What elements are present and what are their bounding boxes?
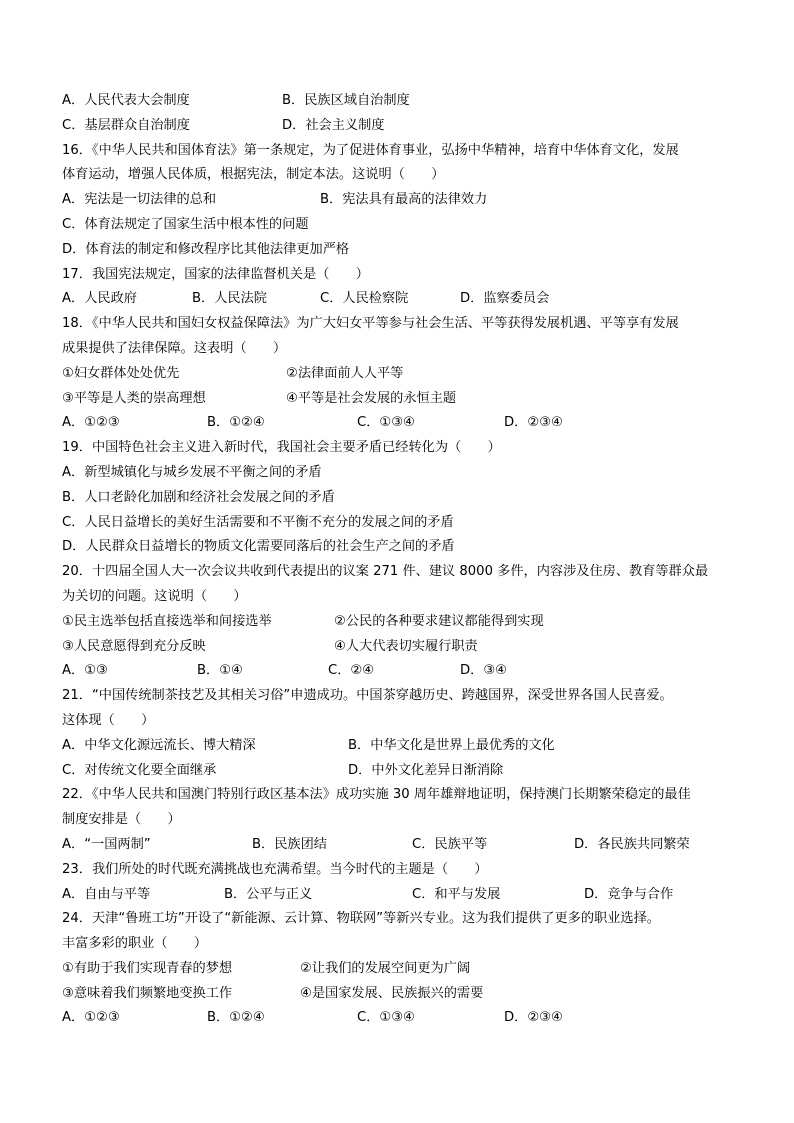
line-text: 17．我国宪法规定，国家的法律监督机关是（ ） [62, 267, 369, 282]
line-text: D．体育法的制定和修改程序比其他法律更加严格 [62, 242, 349, 257]
question-stem: 21．“中国传统制茶技艺及其相关习俗”申遗成功。中国茶穿越历史、跨越国界，深受世… [62, 684, 742, 709]
answer-option: B．人民法院 [192, 287, 267, 312]
answer-option: ①有助于我们实现青春的梦想 [62, 957, 232, 982]
answer-option: D．②③④ [504, 1006, 563, 1031]
answer-option: ④人大代表切实履行职责 [334, 635, 478, 660]
line-text: 体育运动，增强人民体质，根据宪法，制定本法。这说明（ ） [62, 167, 444, 182]
answer-option: B．民族团结 [252, 833, 327, 858]
line-text: 丰富多彩的职业（ ） [62, 936, 207, 951]
line-text: D．人民群众日益增长的物质文化需要同落后的社会生产之间的矛盾 [62, 539, 455, 554]
answer-option: ④是国家发展、民族振兴的需要 [300, 982, 483, 1007]
answer-option: D．②③④ [504, 411, 563, 436]
answer-option: D．监察委员会 [460, 287, 549, 312]
line-text: 为关切的问题。这说明（ ） [62, 589, 247, 604]
option-row: A．①②③B．①②④C．①③④D．②③④ [62, 1006, 742, 1031]
answer-option: ②法律面前人人平等 [286, 362, 403, 387]
answer-option: C．基层群众自治制度 [62, 114, 190, 139]
option-row: ③人民意愿得到充分反映④人大代表切实履行职责 [62, 635, 742, 660]
answer-option: C．人民检察院 [320, 287, 408, 312]
option-row: A．“一国两制”B．民族团结C．民族平等D．各民族共同繁荣 [62, 833, 742, 858]
line-text: B．人口老龄化加剧和经济社会发展之间的矛盾 [62, 490, 335, 505]
answer-option: ③意味着我们频繁地变换工作 [62, 982, 232, 1007]
text-line: A．新型城镇化与城乡发展不平衡之间的矛盾 [62, 461, 742, 486]
answer-option: B．公平与正义 [224, 883, 312, 908]
answer-option: ②公民的各种要求建议都能得到实现 [334, 610, 544, 635]
line-text: 这体现（ ） [62, 713, 154, 728]
answer-option: D．中外文化差异日渐消除 [348, 759, 503, 784]
answer-option: ③平等是人类的崇高理想 [62, 387, 206, 412]
option-row: ③意味着我们频繁地变换工作④是国家发展、民族振兴的需要 [62, 982, 742, 1007]
answer-option: C．对传统文化要全面继承 [62, 759, 216, 784]
answer-option: ①妇女群体处处优先 [62, 362, 179, 387]
option-row: C．基层群众自治制度D．社会主义制度 [62, 114, 742, 139]
option-row: A．①③B．①④C．②④D．③④ [62, 659, 742, 684]
line-text: 16．《中华人民共和国体育法》第一条规定，为了促进体育事业，弘扬中华精神，培育中… [62, 143, 679, 158]
line-text: 21．“中国传统制茶技艺及其相关习俗”申遗成功。中国茶穿越历史、跨越国界，深受世… [62, 688, 673, 703]
text-line: 丰富多彩的职业（ ） [62, 932, 742, 957]
answer-option: B．宪法具有最高的法律效力 [320, 188, 487, 213]
text-line: D．体育法的制定和修改程序比其他法律更加严格 [62, 238, 742, 263]
option-row: A．人民政府B．人民法院C．人民检察院D．监察委员会 [62, 287, 742, 312]
exam-page: A．人民代表大会制度B．民族区域自治制度C．基层群众自治制度D．社会主义制度16… [62, 89, 742, 1031]
answer-option: D．社会主义制度 [282, 114, 384, 139]
question-stem: 22．《中华人民共和国澳门特别行政区基本法》成功实施 30 周年雄辩地证明，保持… [62, 783, 742, 808]
option-row: C．对传统文化要全面继承D．中外文化差异日渐消除 [62, 759, 742, 784]
question-stem: 20．十四届全国人大一次会议共收到代表提出的议案 271 件、建议 8000 多… [62, 560, 742, 585]
line-text: 24．天津“鲁班工坊”开设了“新能源、云计算、物联网”等新兴专业。这为我们提供了… [62, 911, 660, 926]
answer-option: A．①③ [62, 659, 108, 684]
line-text: 制度安排是（ ） [62, 812, 181, 827]
answer-option: ②让我们的发展空间更为广阔 [300, 957, 470, 982]
question-stem: 17．我国宪法规定，国家的法律监督机关是（ ） [62, 263, 742, 288]
answer-option: D．③④ [460, 659, 507, 684]
option-row: A．人民代表大会制度B．民族区域自治制度 [62, 89, 742, 114]
answer-option: D．竞争与合作 [584, 883, 673, 908]
text-line: 制度安排是（ ） [62, 808, 742, 833]
answer-option: A．人民代表大会制度 [62, 89, 190, 114]
answer-option: C．和平与发展 [412, 883, 500, 908]
answer-option: C．民族平等 [412, 833, 487, 858]
line-text: 18．《中华人民共和国妇女权益保障法》为广大妇女平等参与社会生活、平等获得发展机… [62, 316, 679, 331]
line-text: 19．中国特色社会主义进入新时代，我国社会主要矛盾已经转化为（ ） [62, 440, 501, 455]
answer-option: A．宪法是一切法律的总和 [62, 188, 216, 213]
question-stem: 24．天津“鲁班工坊”开设了“新能源、云计算、物联网”等新兴专业。这为我们提供了… [62, 907, 742, 932]
answer-option: C．①③④ [357, 1006, 415, 1031]
question-stem: 23．我们所处的时代既充满挑战也充满希望。当今时代的主题是（ ） [62, 858, 742, 883]
text-line: 体育运动，增强人民体质，根据宪法，制定本法。这说明（ ） [62, 163, 742, 188]
text-line: B．人口老龄化加剧和经济社会发展之间的矛盾 [62, 486, 742, 511]
line-text: 23．我们所处的时代既充满挑战也充满希望。当今时代的主题是（ ） [62, 862, 488, 877]
option-row: A．①②③B．①②④C．①③④D．②③④ [62, 411, 742, 436]
answer-option: A．①②③ [62, 411, 120, 436]
line-text: 20．十四届全国人大一次会议共收到代表提出的议案 271 件、建议 8000 多… [62, 564, 708, 579]
option-row: ①有助于我们实现青春的梦想②让我们的发展空间更为广阔 [62, 957, 742, 982]
text-line: 为关切的问题。这说明（ ） [62, 585, 742, 610]
answer-option: A．“一国两制” [62, 833, 151, 858]
question-stem: 16．《中华人民共和国体育法》第一条规定，为了促进体育事业，弘扬中华精神，培育中… [62, 139, 742, 164]
question-stem: 18．《中华人民共和国妇女权益保障法》为广大妇女平等参与社会生活、平等获得发展机… [62, 312, 742, 337]
text-line: 这体现（ ） [62, 709, 742, 734]
answer-option: B．民族区域自治制度 [282, 89, 410, 114]
line-text: C．人民日益增长的美好生活需要和不平衡不充分的发展之间的矛盾 [62, 515, 454, 530]
answer-option: A．人民政府 [62, 287, 137, 312]
text-line: C．人民日益增长的美好生活需要和不平衡不充分的发展之间的矛盾 [62, 511, 742, 536]
answer-option: ①民主选举包括直接选举和间接选举 [62, 610, 272, 635]
answer-option: D．各民族共同繁荣 [574, 833, 690, 858]
question-stem: 19．中国特色社会主义进入新时代，我国社会主要矛盾已经转化为（ ） [62, 436, 742, 461]
option-row: ①妇女群体处处优先②法律面前人人平等 [62, 362, 742, 387]
line-text: C．体育法规定了国家生活中根本性的问题 [62, 217, 309, 232]
answer-option: ③人民意愿得到充分反映 [62, 635, 206, 660]
answer-option: B．①②④ [207, 1006, 265, 1031]
option-row: A．宪法是一切法律的总和B．宪法具有最高的法律效力 [62, 188, 742, 213]
line-text: A．新型城镇化与城乡发展不平衡之间的矛盾 [62, 465, 322, 480]
text-line: 成果提供了法律保障。这表明（ ） [62, 337, 742, 362]
answer-option: C．①③④ [357, 411, 415, 436]
option-row: ③平等是人类的崇高理想④平等是社会发展的永恒主题 [62, 387, 742, 412]
option-row: A．中华文化源远流长、博大精深B．中华文化是世界上最优秀的文化 [62, 734, 742, 759]
line-text: 成果提供了法律保障。这表明（ ） [62, 341, 286, 356]
answer-option: A．自由与平等 [62, 883, 150, 908]
option-row: A．自由与平等B．公平与正义C．和平与发展D．竞争与合作 [62, 883, 742, 908]
option-row: ①民主选举包括直接选举和间接选举②公民的各种要求建议都能得到实现 [62, 610, 742, 635]
answer-option: A．中华文化源远流长、博大精深 [62, 734, 256, 759]
answer-option: ④平等是社会发展的永恒主题 [286, 387, 456, 412]
line-text: 22．《中华人民共和国澳门特别行政区基本法》成功实施 30 周年雄辩地证明，保持… [62, 787, 691, 802]
answer-option: A．①②③ [62, 1006, 120, 1031]
answer-option: B．中华文化是世界上最优秀的文化 [348, 734, 555, 759]
text-line: D．人民群众日益增长的物质文化需要同落后的社会生产之间的矛盾 [62, 535, 742, 560]
answer-option: B．①②④ [207, 411, 265, 436]
text-line: C．体育法规定了国家生活中根本性的问题 [62, 213, 742, 238]
answer-option: B．①④ [197, 659, 243, 684]
answer-option: C．②④ [328, 659, 374, 684]
